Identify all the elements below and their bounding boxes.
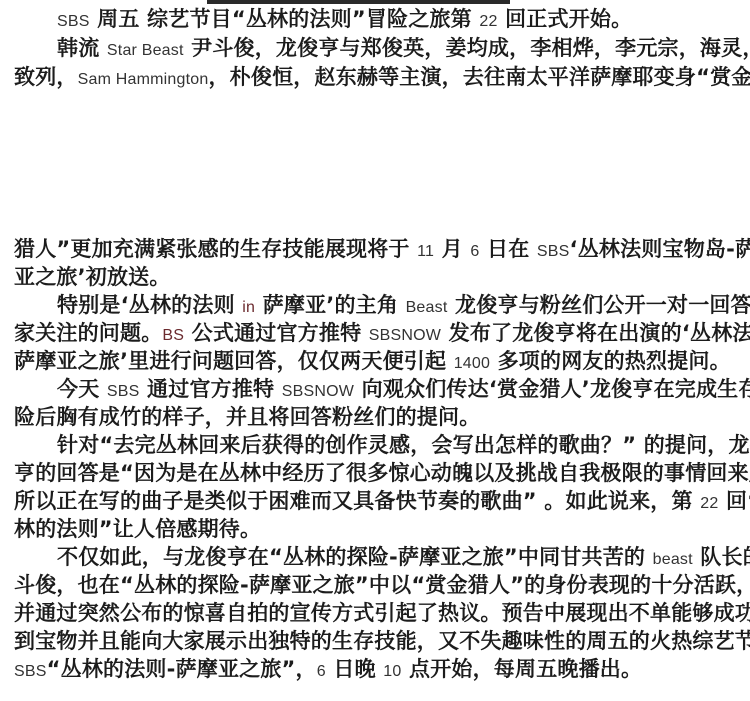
text-line: 针对“去完丛林回来后获得的创作灵感，会写出怎样的歌曲？” 的提问，龙俊	[57, 431, 750, 459]
text-span: 到宝物并且能向大家展示出独特的生存技能，又不失趣味性的周五的火热综艺节目	[14, 629, 750, 653]
text-span: 向观众们传达‘赏金猎人’龙俊亨在完成生存冒	[354, 377, 750, 401]
text-line: 林的法则”让人倍感期待。	[14, 515, 261, 543]
text-span: 针对“去完丛林回来后获得的创作灵感，会写出怎样的歌曲？” 的提问，龙俊	[57, 433, 750, 457]
text-span: 回正式开始。	[498, 7, 633, 31]
latin-text: SBS	[57, 13, 90, 30]
text-span: ，朴俊恒，赵东赫等主演，去往南太平洋萨摩耶变身“赏金	[208, 65, 750, 89]
latin-text: Sam Hammington	[78, 71, 209, 88]
text-line: 所以正在写的曲子是类似于困难而又具备快节奏的歌曲” 。如此说来，第 22 回“丛	[14, 487, 750, 515]
text-span: 周五 综艺节目“丛林的法则”冒险之旅第	[90, 7, 480, 31]
text-line: SBS“丛林的法则-萨摩亚之旅”，6 日晚 10 点开始，每周五晚播出。	[14, 655, 642, 683]
text-span: 韩流	[57, 36, 107, 60]
text-line: 萨摩亚之旅’里进行问题回答，仅仅两天便引起 1400 多项的网友的热烈提问。	[14, 347, 731, 375]
text-line: 斗俊，也在“丛林的探险-萨摩亚之旅”中以“赏金猎人”的身份表现的十分活跃，	[14, 571, 750, 599]
text-span: 斗俊，也在“丛林的探险-萨摩亚之旅”中以“赏金猎人”的身份表现的十分活跃，	[14, 573, 750, 597]
latin-text: Star Beast	[107, 42, 184, 59]
latin-text: beast	[653, 551, 693, 568]
latin-text: SBSNOW	[369, 327, 441, 344]
text-span: 亨的回答是“因为是在丛林中经历了很多惊心动魄以及挑战自我极限的事情回来后，	[14, 461, 750, 485]
latin-text-accent: in	[242, 299, 255, 316]
text-span: 特别是‘丛林的法则	[57, 293, 242, 317]
text-line: 致列，Sam Hammington，朴俊恒，赵东赫等主演，去往南太平洋萨摩耶变身…	[14, 63, 750, 91]
text-line: 不仅如此，与龙俊亨在“丛林的探险-萨摩亚之旅”中同甘共苦的 beast 队长的尹	[57, 543, 750, 571]
text-span: 月	[434, 237, 470, 261]
text-span: 日在	[479, 237, 536, 261]
latin-text: SBS	[537, 243, 570, 260]
text-span: 尹斗俊，龙俊亨与郑俊英，姜均成，李相烨，李元宗，海灵，黄	[184, 36, 750, 60]
text-line: 猎人”更加充满紧张感的生存技能展现将于 11 月 6 日在 SBS‘丛林法则宝物…	[14, 235, 750, 263]
text-line: 并通过突然公布的惊喜自拍的宣传方式引起了热议。预告中展现出不单能够成功找	[14, 599, 750, 627]
latin-text: 11	[417, 243, 434, 260]
text-line: SBS 周五 综艺节目“丛林的法则”冒险之旅第 22 回正式开始。	[57, 5, 632, 33]
text-line: 家关注的问题。BS 公式通过官方推特 SBSNOW 发布了龙俊亨将在出演的‘丛林…	[14, 319, 750, 347]
latin-text: 10	[383, 663, 401, 680]
text-span: 萨摩亚之旅’里进行问题回答，仅仅两天便引起	[14, 349, 454, 373]
text-span: “丛林的法则-萨摩亚之旅”，	[47, 657, 317, 681]
latin-text: 22	[700, 495, 718, 512]
text-span: 队长的尹	[693, 545, 750, 569]
text-span: 所以正在写的曲子是类似于困难而又具备快节奏的歌曲” 。如此说来，第	[14, 489, 700, 513]
text-span: ‘丛林法则宝物岛-萨摩	[570, 237, 750, 261]
text-span: 并通过突然公布的惊喜自拍的宣传方式引起了热议。预告中展现出不单能够成功找	[14, 601, 750, 625]
text-span: 亚之旅’初放送。	[14, 265, 171, 289]
text-line: 亚之旅’初放送。	[14, 263, 171, 291]
text-span: 险后胸有成竹的样子，并且将回答粉丝们的提问。	[14, 405, 480, 429]
text-span: 致列，	[14, 65, 78, 89]
text-span: 发布了龙俊亨将在出演的‘丛林法则-	[441, 321, 750, 345]
text-span: 龙俊亨与粉丝们公开一对一回答大	[447, 293, 750, 317]
latin-text: SBSNOW	[282, 383, 354, 400]
text-line: 特别是‘丛林的法则 in 萨摩亚’的主角 Beast 龙俊亨与粉丝们公开一对一回…	[57, 291, 750, 319]
text-span: 家关注的问题。	[14, 321, 162, 345]
text-span: 通过官方推特	[140, 377, 282, 401]
text-span: 不仅如此，与龙俊亨在“丛林的探险-萨摩亚之旅”中同甘共苦的	[57, 545, 653, 569]
text-span: 回“丛	[718, 489, 750, 513]
text-span: 日晚	[326, 657, 383, 681]
latin-text-accent: BS	[162, 327, 184, 344]
text-span: 猎人”更加充满紧张感的生存技能展现将于	[14, 237, 417, 261]
latin-text: 1400	[454, 355, 490, 372]
text-line: 今天 SBS 通过官方推特 SBSNOW 向观众们传达‘赏金猎人’龙俊亨在完成生…	[57, 375, 750, 403]
latin-text: 22	[479, 13, 497, 30]
latin-text: SBS	[107, 383, 140, 400]
latin-text: SBS	[14, 663, 47, 680]
text-span: 林的法则”让人倍感期待。	[14, 517, 261, 541]
text-line: 到宝物并且能向大家展示出独特的生存技能，又不失趣味性的周五的火热综艺节目	[14, 627, 750, 655]
text-line: 险后胸有成竹的样子，并且将回答粉丝们的提问。	[14, 403, 480, 431]
latin-text: 6	[317, 663, 326, 680]
top-image-edge	[207, 0, 510, 4]
text-span: 多项的网友的热烈提问。	[490, 349, 731, 373]
text-line: 亨的回答是“因为是在丛林中经历了很多惊心动魄以及挑战自我极限的事情回来后，	[14, 459, 750, 487]
text-span: 点开始，每周五晚播出。	[401, 657, 642, 681]
text-line: 韩流 Star Beast 尹斗俊，龙俊亨与郑俊英，姜均成，李相烨，李元宗，海灵…	[57, 34, 750, 62]
text-span: 今天	[57, 377, 107, 401]
text-span: 萨摩亚’的主角	[255, 293, 405, 317]
text-span: 公式通过官方推特	[184, 321, 369, 345]
latin-text: Beast	[406, 299, 448, 316]
